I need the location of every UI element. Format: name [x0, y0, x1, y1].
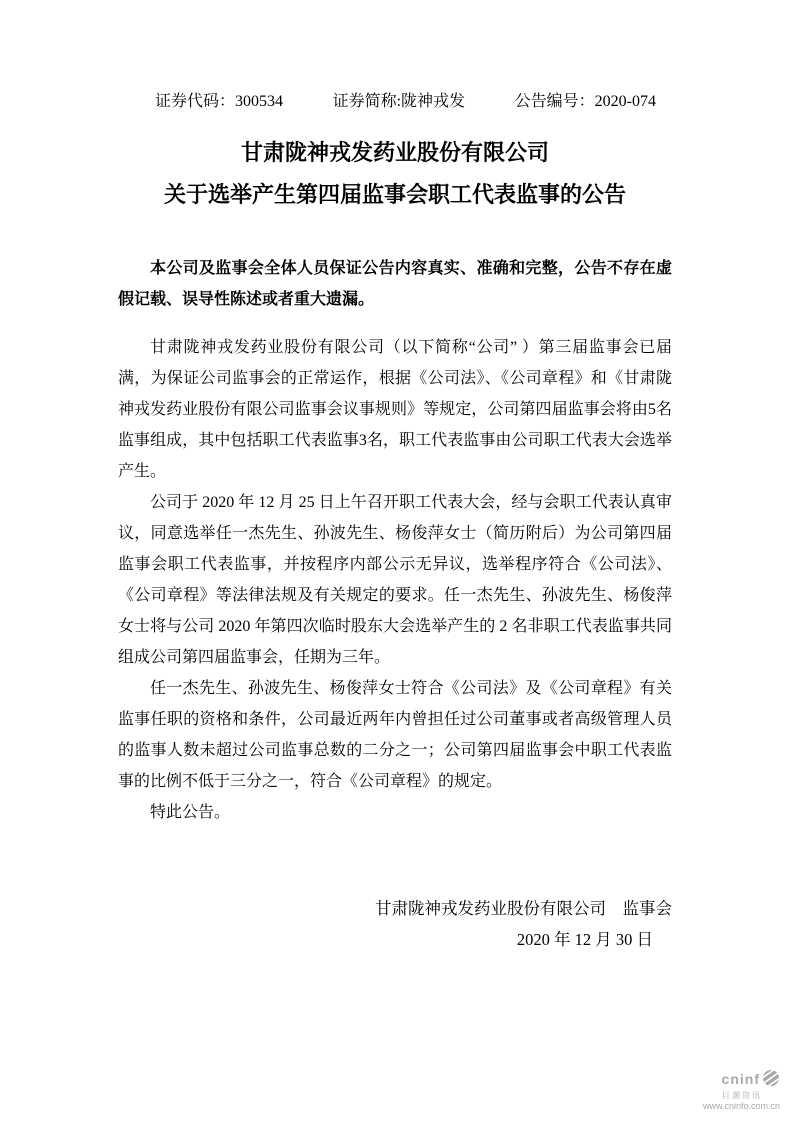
announcement-no-label: 公告编号：2020-074 — [515, 92, 656, 112]
document-page: 证券代码：300534 证券简称:陇神戎发 公告编号：2020-074 甘肃陇神… — [0, 0, 793, 1122]
body-paragraph-4: 特此公告。 — [118, 797, 672, 828]
signature-company: 甘肃陇神戎发药业股份有限公司 监事会 — [118, 893, 672, 924]
securities-header-row: 证券代码：300534 证券简称:陇神戎发 公告编号：2020-074 — [118, 92, 672, 112]
cninfo-swirl-icon — [762, 1069, 780, 1092]
company-title: 甘肃陇神戎发药业股份有限公司 — [118, 138, 672, 168]
stock-abbr-label: 证券简称:陇神戎发 — [333, 92, 465, 112]
body-paragraph-1: 甘肃陇神戎发药业股份有限公司（以下简称“公司” ）第三届监事会已届满，为保证公司… — [118, 332, 672, 487]
cninfo-logo: cninf 巨潮资讯 www — [703, 1069, 780, 1112]
document-content: 证券代码：300534 证券简称:陇神戎发 公告编号：2020-074 甘肃陇神… — [0, 0, 793, 955]
signature-block: 甘肃陇神戎发药业股份有限公司 监事会 2020 年 12 月 30 日 — [118, 893, 672, 955]
announcement-title: 关于选举产生第四届监事会职工代表监事的公告 — [118, 180, 672, 210]
signature-date: 2020 年 12 月 30 日 — [118, 924, 672, 955]
cninfo-brand-text: cninf — [722, 1072, 760, 1087]
cninfo-logo-top: cninf — [703, 1069, 780, 1092]
stock-code-label: 证券代码：300534 — [155, 92, 283, 112]
body-paragraph-2: 公司于 2020 年 12 月 25 日上午召开职工代表大会，经与会职工代表认真… — [118, 487, 672, 673]
body-paragraph-3: 任一杰先生、孙波先生、杨俊萍女士符合《公司法》及《公司章程》有关监事任职的资格和… — [118, 673, 672, 797]
declaration-paragraph: 本公司及监事会全体人员保证公告内容真实、准确和完整，公告不存在虚假记载、误导性陈… — [118, 253, 672, 315]
cninfo-url: www.cninfo.com.cn — [703, 1102, 780, 1112]
cninfo-name-cn: 巨潮资讯 — [703, 1092, 780, 1101]
